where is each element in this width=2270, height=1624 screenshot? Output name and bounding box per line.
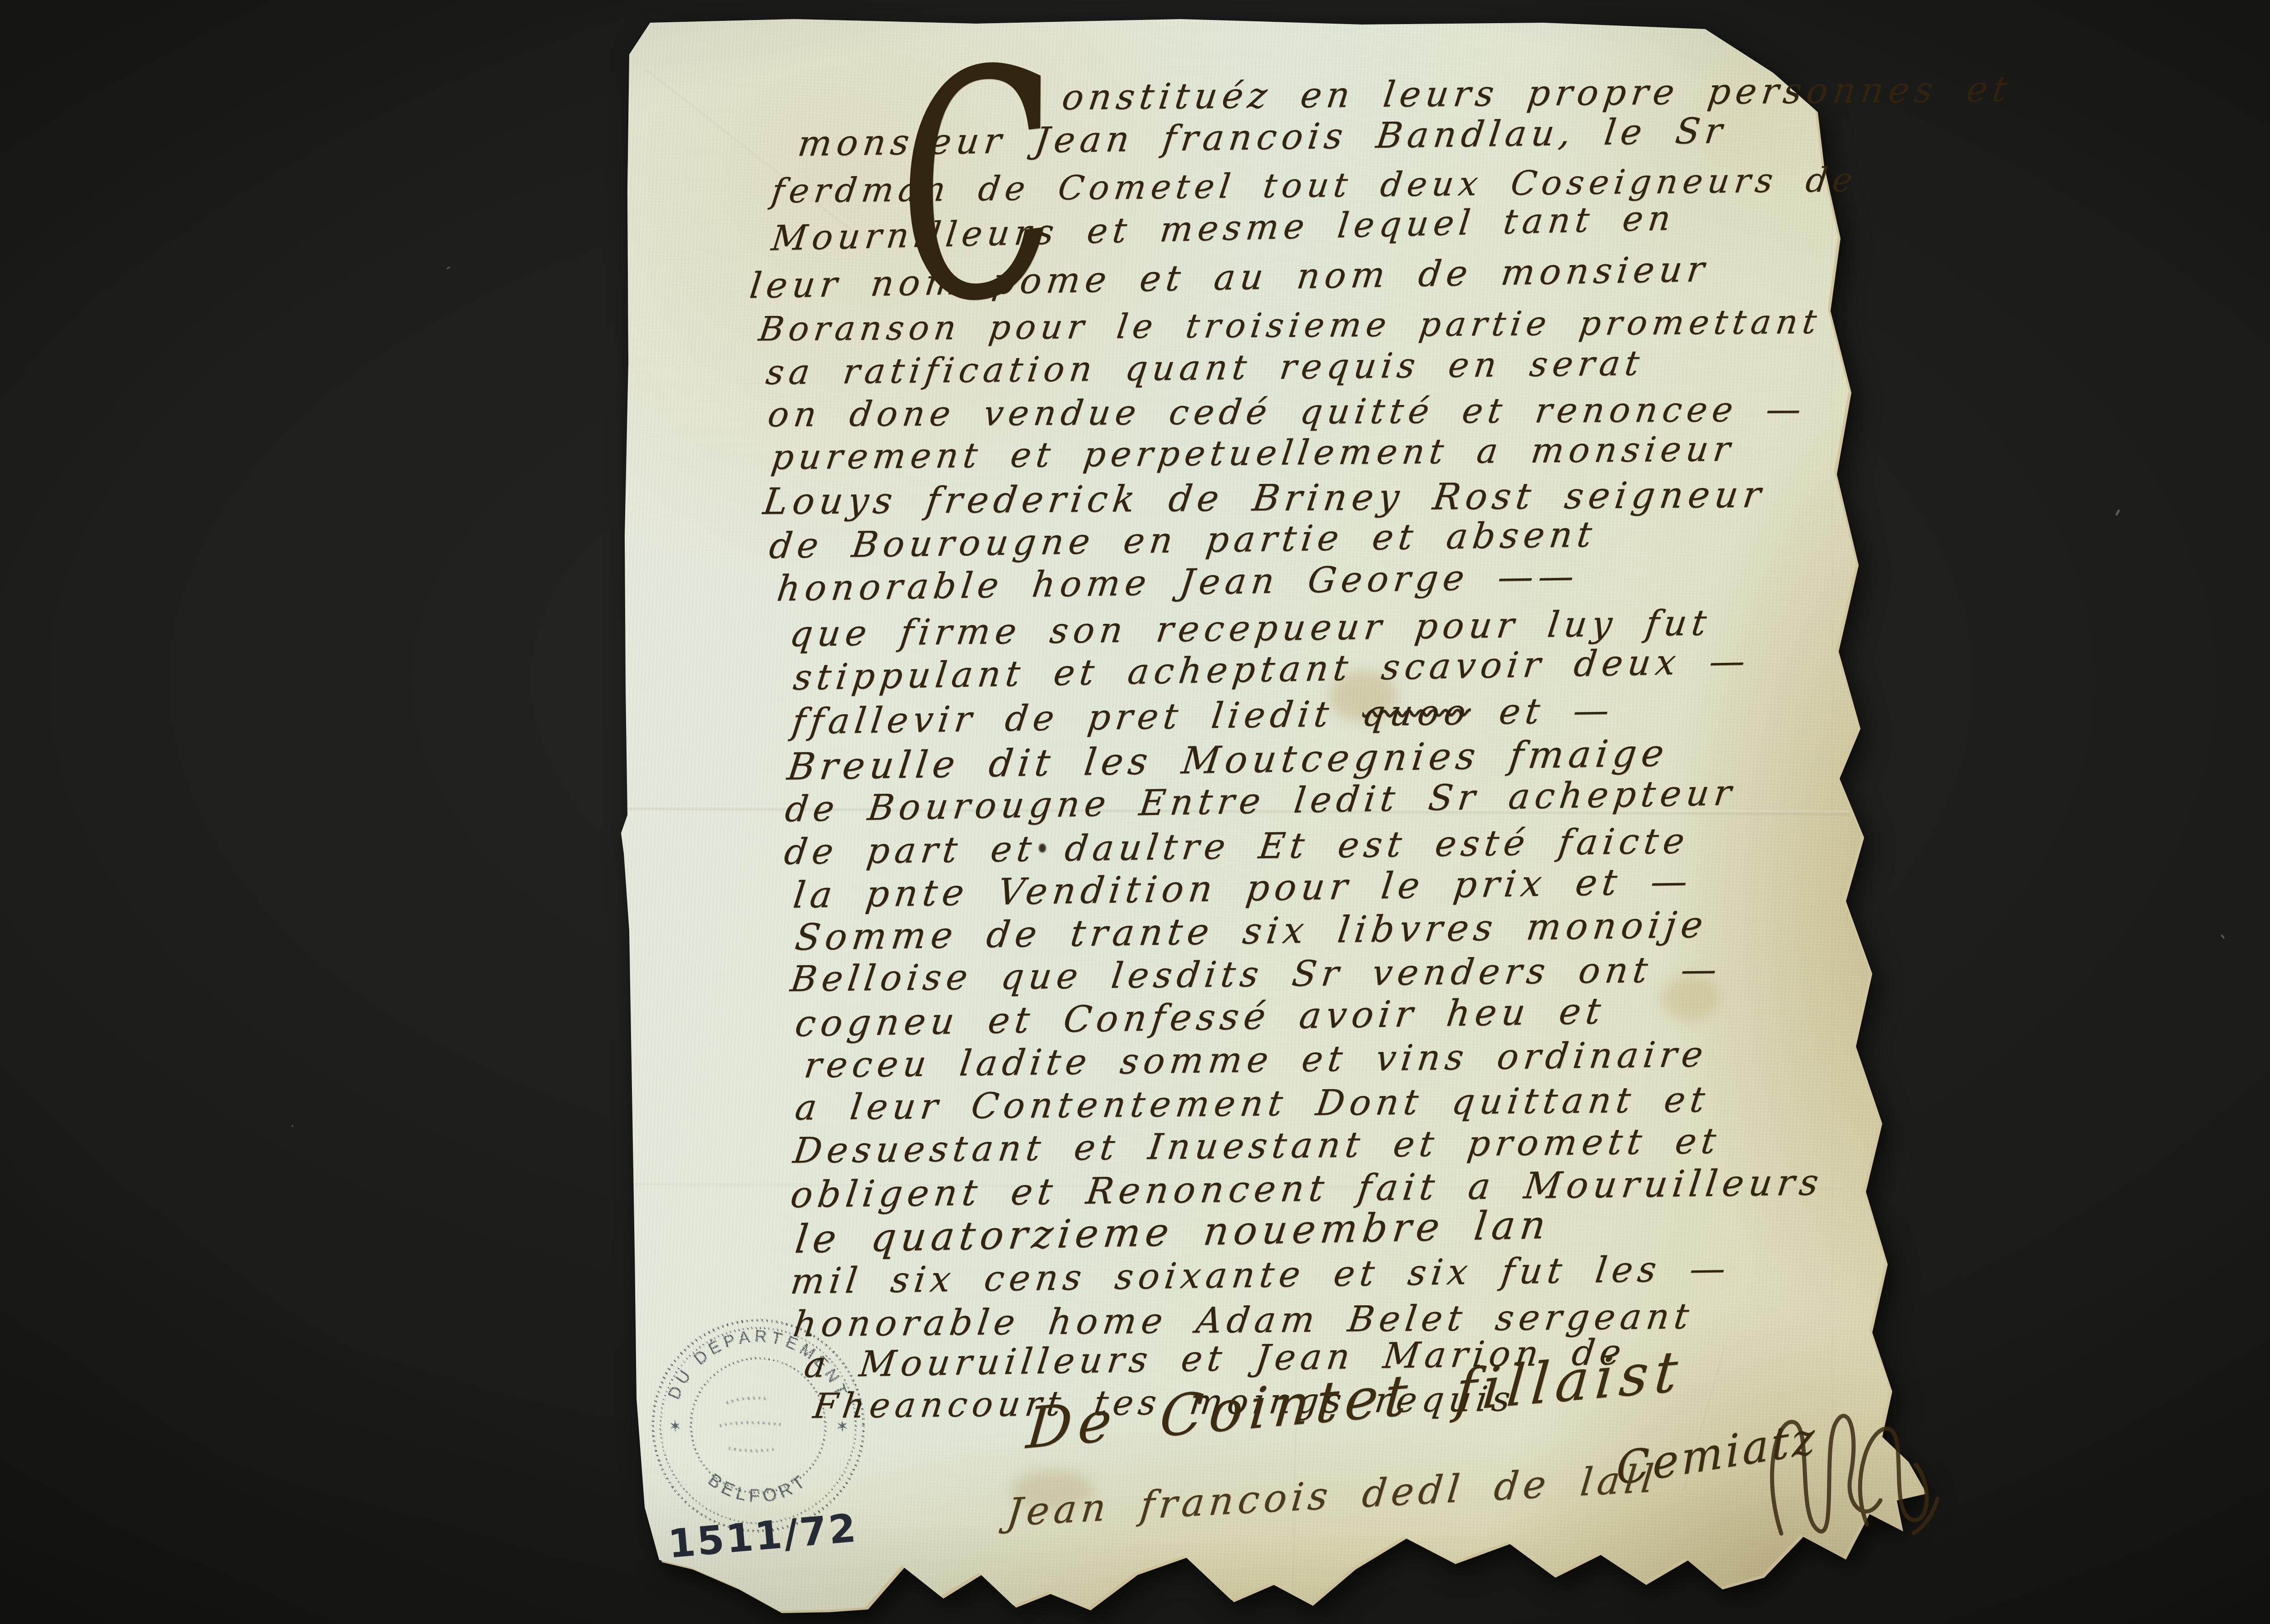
manuscript-line: purement et perpetuellement a monsieur: [769, 428, 1737, 477]
svg-text:DU DÉPARTEMENT: DU DÉPARTEMENT: [664, 1327, 852, 1402]
stamp-ring-text-bottom: BELFORT: [705, 1470, 812, 1506]
archive-stamp: DU DÉPARTEMENT BELFORT ✶ ✶: [647, 1314, 869, 1537]
manuscript-line: onstituéz en leurs propre personnes et: [1060, 69, 2014, 118]
strikethrough-word: quoo: [1360, 692, 1473, 734]
fold-crease-vertical: [1830, 181, 1834, 1434]
manuscript-line: Louys frederick de Briney Rost seigneur: [761, 474, 1768, 523]
manuscript-line: a leur Contentement Dont quittant et: [793, 1079, 1712, 1128]
stamp-inner-marks: [720, 1398, 781, 1451]
svg-text:BELFORT: BELFORT: [705, 1470, 812, 1506]
photograph-backdrop: onstituéz en leurs propre personnes etmo…: [0, 0, 2270, 1624]
stamp-star-right: ✶: [836, 1418, 853, 1435]
stamp-star-left: ✶: [669, 1418, 686, 1435]
stamp-ring-text-top: DU DÉPARTEMENT: [664, 1327, 852, 1402]
manuscript-line: on done vendue cedé quitté et renoncee —: [765, 389, 1809, 434]
paraph-flourish: [1749, 1380, 1960, 1563]
